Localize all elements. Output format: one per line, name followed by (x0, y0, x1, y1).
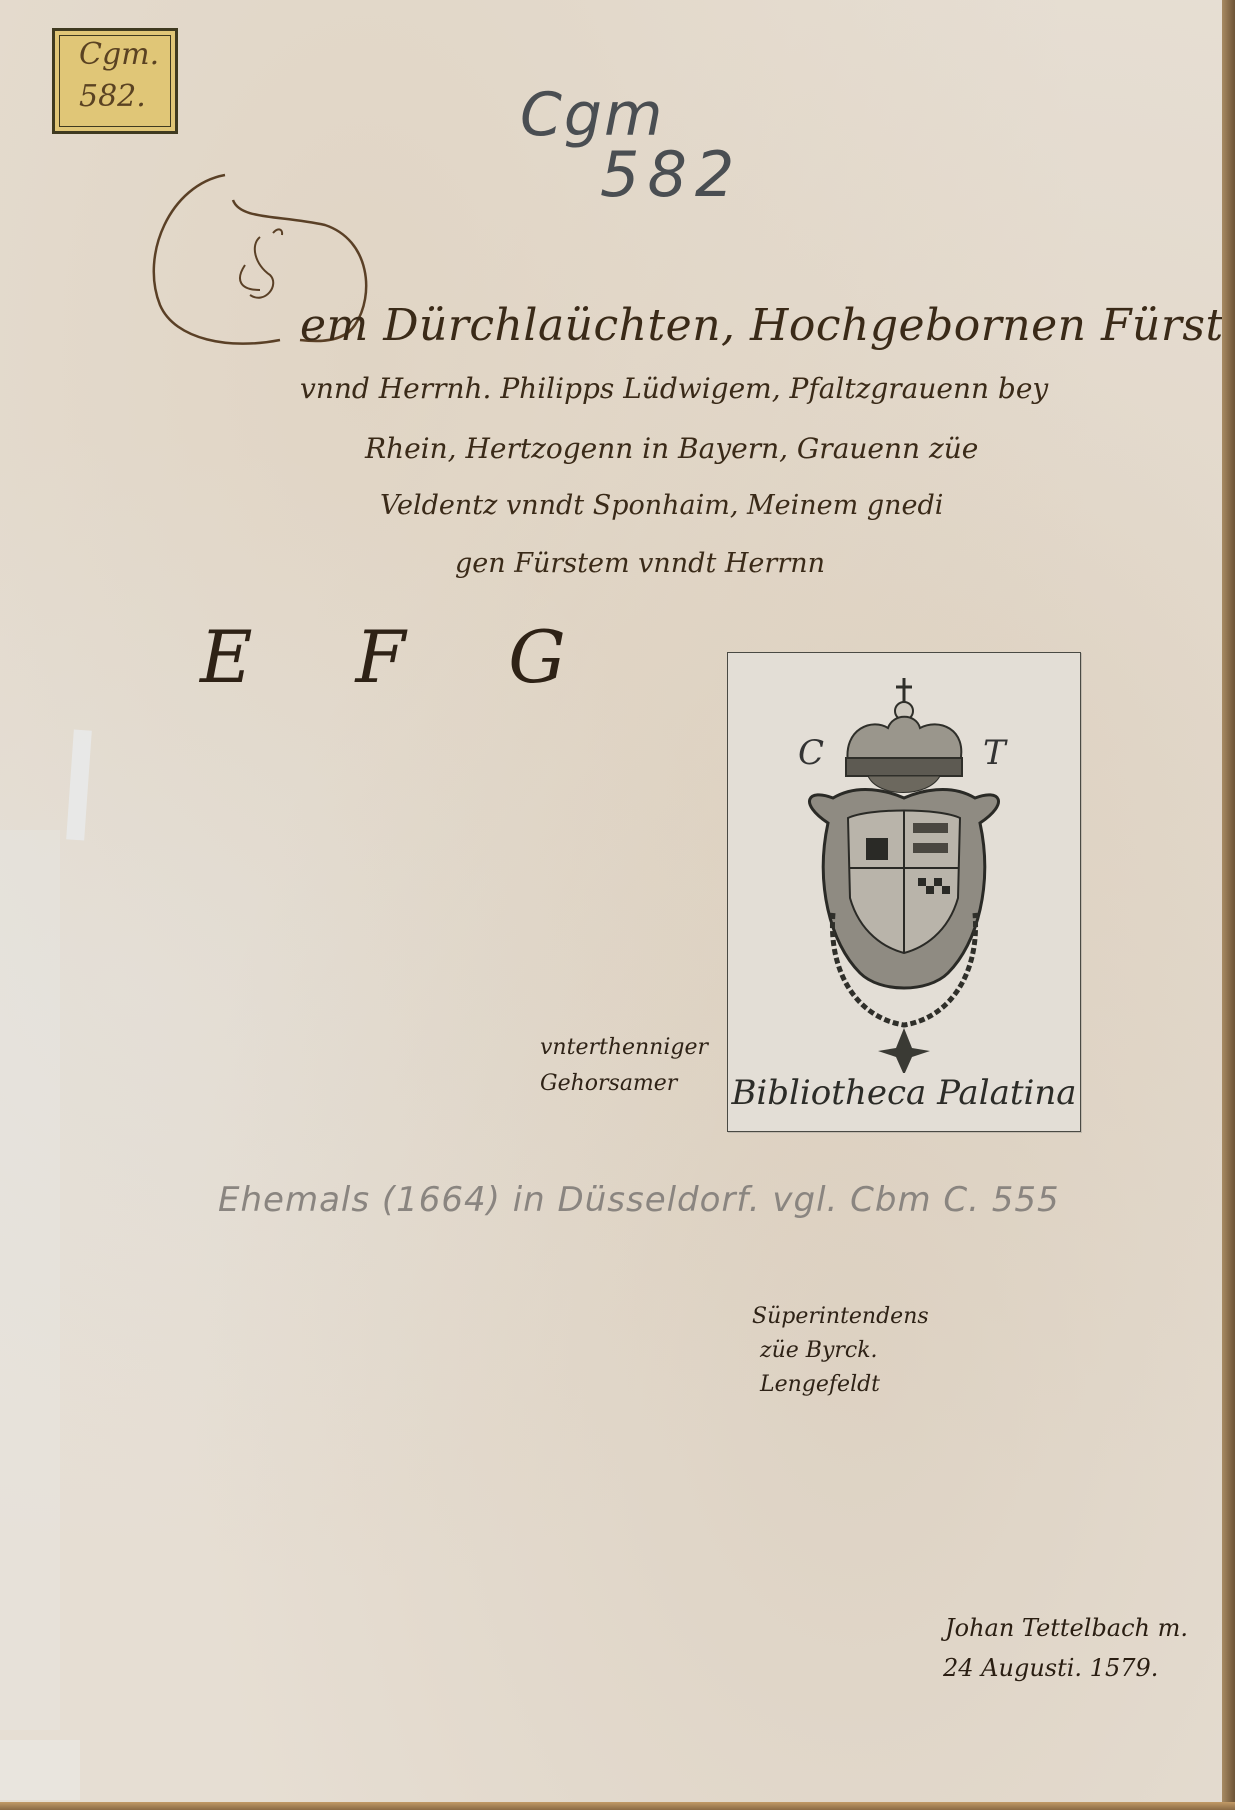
bookplate-initial-right: T (983, 733, 1006, 773)
pencil-provenance-note: Ehemals (1664) in Düsseldorf. vgl. Cbm C… (218, 1180, 1060, 1220)
superintendent-line1: Süperintendens (752, 1300, 929, 1334)
superintendent-line2: züe Byrck. (760, 1334, 929, 1368)
owner-line1: Johan Tettelbach m. (945, 1608, 1188, 1648)
dedication-line-4: Veldentz vnndt Sponhaim, Meinem gnedi (380, 490, 943, 521)
shelfmark-label-line2: 582. (79, 79, 146, 114)
bookplate-caption: Bibliotheca Palatina (728, 1073, 1080, 1113)
pencil-shelfmark: Cgm 582 (520, 85, 742, 205)
paper-damage (66, 730, 92, 841)
superintendent-line3: Lengefeldt (760, 1368, 929, 1402)
dedication-line-2: vnnd Herrnh. Philipps Lüdwigem, Pfaltzgr… (300, 372, 1048, 405)
pencil-shelfmark-line1: Cgm (520, 85, 742, 145)
paper-discoloration (0, 1740, 80, 1800)
dedication-line-5: gen Fürstem vnndt Herrnn (455, 548, 825, 579)
superintendent-note: Süperintendens züe Byrck. Lengefeldt (752, 1300, 929, 1402)
bookplate-bibliotheca-palatina: C T Bibliotheca Palatina (727, 652, 1081, 1132)
binding-edge-right (1222, 0, 1235, 1810)
owner-inscription: Johan Tettelbach m. 24 Augusti. 1579. (945, 1608, 1188, 1688)
shelfmark-label: Cgm. 582. (52, 28, 178, 134)
pencil-shelfmark-line2: 582 (600, 145, 742, 205)
manuscript-page: Cgm. 582. Cgm 582 em Dürchlaüchten, Hoch… (0, 0, 1226, 1806)
signature-obedient: vnterthenniger Gehorsamer (540, 1030, 708, 1102)
paper-discoloration (0, 830, 60, 1730)
signature-obedient-line2: Gehorsamer (540, 1066, 708, 1102)
bookplate-initial-left: C (798, 733, 824, 773)
binding-edge-bottom (0, 1802, 1235, 1810)
owner-line2: 24 Augusti. 1579. (943, 1648, 1188, 1688)
shelfmark-label-line1: Cgm. (79, 37, 159, 72)
monogram: E F G (200, 615, 606, 699)
dedication-line-3: Rhein, Hertzogenn in Bayern, Grauenn züe (365, 432, 978, 465)
dedication-line-1: em Dürchlaüchten, Hochgebornen Fürsteran (300, 300, 1235, 351)
signature-obedient-line1: vnterthenniger (540, 1030, 708, 1066)
